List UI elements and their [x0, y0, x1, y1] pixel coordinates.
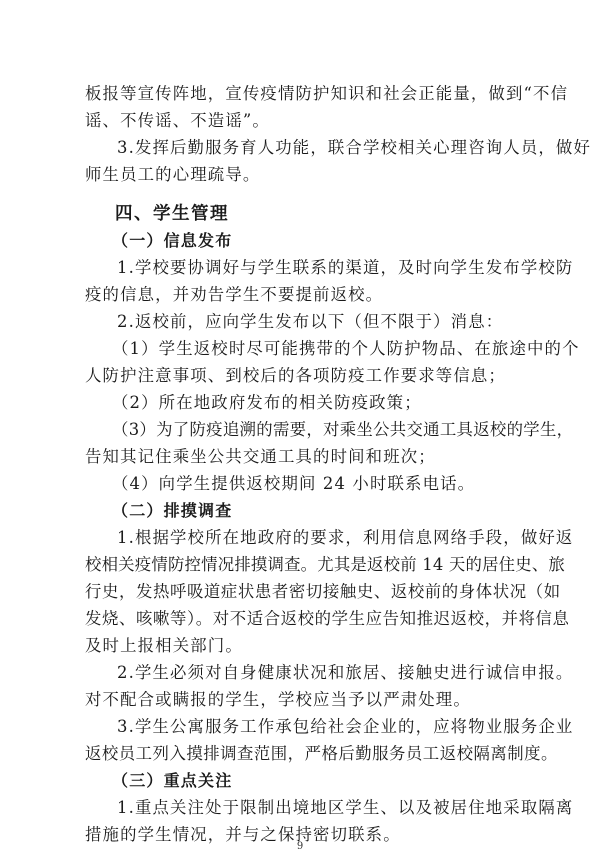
- paragraph-line: 返校员工列入摸排调查范围，严格后勤服务员工返校隔离制度。: [85, 743, 531, 765]
- paragraph-line: 师生员工的心理疏导。: [85, 164, 531, 186]
- paragraph-line: 板报等宣传阵地，宣传疫情防护知识和社会正能量，做到“不信: [85, 83, 531, 105]
- paragraph-line: 1.重点关注处于限制出境地区学生、以及被居住地采取隔离: [117, 797, 563, 819]
- paragraph-line: 1.根据学校所在地政府的要求，利用信息网络手段，做好返: [117, 527, 563, 549]
- section-heading: 四、学生管理: [115, 203, 561, 225]
- paragraph-line: （2）所在地政府发布的相关防疫政策；: [112, 392, 558, 414]
- paragraph-line: 2.返校前，应向学生发布以下（但不限于）消息：: [117, 311, 563, 333]
- document-page: 板报等宣传阵地，宣传疫情防护知识和社会正能量，做到“不信 谣、不传谣、不造谣”。…: [0, 0, 600, 849]
- page-number: 9: [0, 841, 600, 849]
- paragraph-line: 3.发挥后勤服务育人功能，联合学校相关心理咨询人员，做好: [117, 137, 563, 159]
- paragraph-line: 校相关疫情防控情况排摸调查。尤其是返校前 14 天的居住史、旅: [85, 554, 531, 576]
- paragraph-line: （1）学生返校时尽可能携带的个人防护物品、在旅途中的个: [112, 338, 558, 360]
- paragraph-line: 谣、不传谣、不造谣”。: [85, 110, 531, 132]
- paragraph-line: （3）为了防疫追溯的需要，对乘坐公共交通工具返校的学生，: [112, 419, 558, 441]
- subsection-title: （一）信息发布: [112, 230, 558, 252]
- paragraph-line: 发烧、咳嗽等）。对不适合返校的学生应告知推迟返校，并将信息: [85, 608, 531, 630]
- paragraph-line: 疫的信息，并劝告学生不要提前返校。: [85, 284, 531, 306]
- subsection-title: （三）重点关注: [112, 770, 558, 792]
- paragraph-line: 人防护注意事项、到校后的各项防疫工作要求等信息；: [85, 365, 531, 387]
- paragraph-line: 对不配合或瞒报的学生，学校应当予以严肃处理。: [85, 689, 531, 711]
- paragraph-line: 1.学校要协调好与学生联系的渠道，及时向学生发布学校防: [117, 257, 563, 279]
- paragraph-line: 行史，发热呼吸道症状患者密切接触史、返校前的身体状况（如: [85, 581, 531, 603]
- paragraph-line: 2.学生必须对自身健康状况和旅居、接触史进行诚信申报。: [117, 662, 563, 684]
- paragraph-line: 及时上报相关部门。: [85, 635, 531, 657]
- paragraph-line: 3.学生公寓服务工作承包给社会企业的，应将物业服务企业: [117, 716, 563, 738]
- paragraph-line: （4）向学生提供返校期间 24 小时联系电话。: [112, 473, 558, 495]
- subsection-title: （二）排摸调查: [112, 500, 558, 522]
- paragraph-line: 告知其记住乘坐公共交通工具的时间和班次；: [85, 446, 531, 468]
